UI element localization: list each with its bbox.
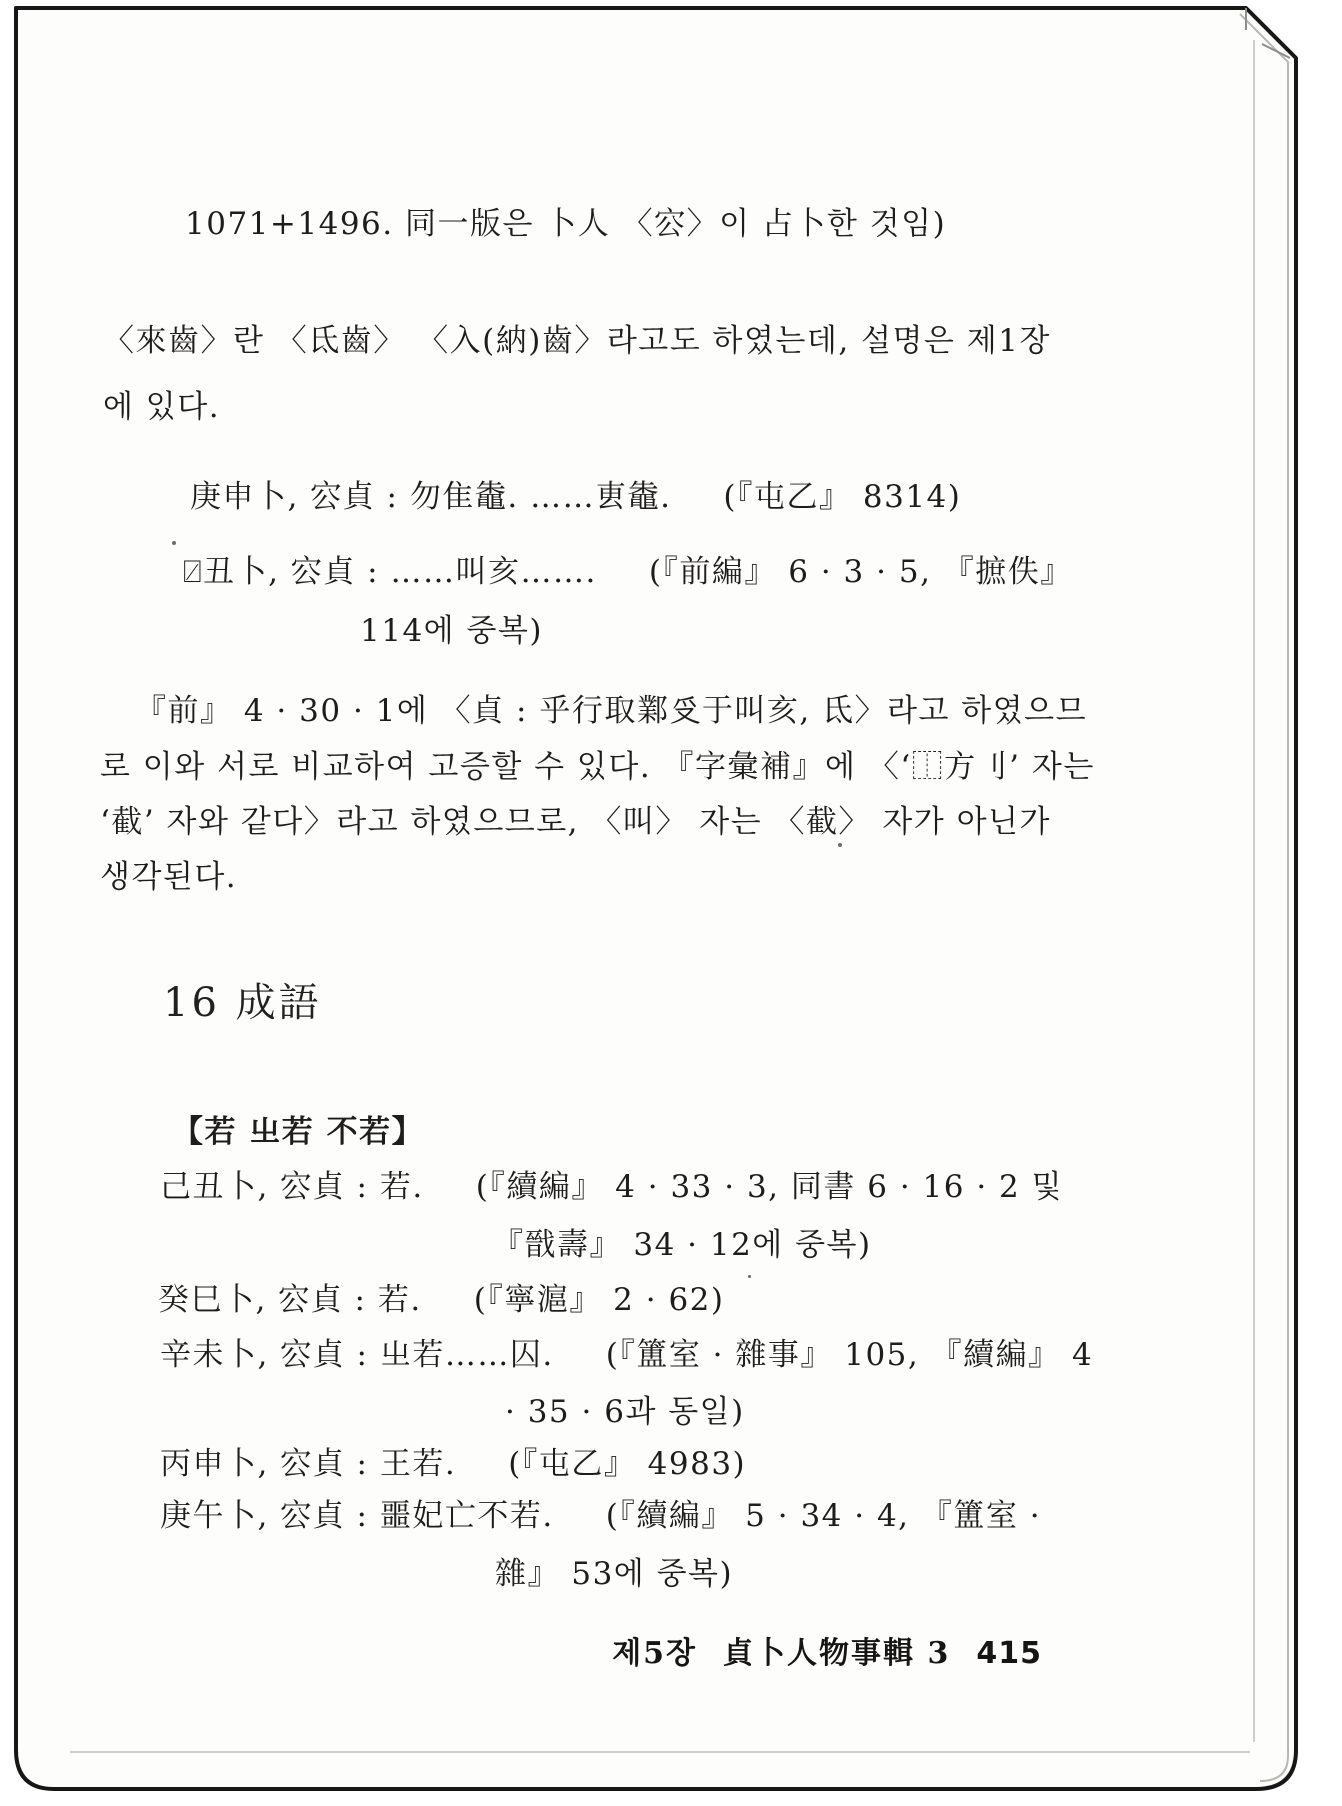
- oracle-entry-row: 庚午卜, 㝐貞 : 噩妃亡不若. (『續編』 5 · 34 · 4, 『簠室 ·: [160, 1497, 1041, 1536]
- entry-citation: (『續編』 5 · 34 · 4, 『簠室 ·: [606, 1497, 1041, 1536]
- oracle-entry-row: 己丑卜, 㝐貞 : 若. (『續編』 4 · 33 · 3, 同書 6 · 16…: [160, 1168, 1063, 1207]
- header-note-line: 1071+1496. 同一版은 卜人 〈㝐〉이 占卜한 것임): [185, 205, 946, 244]
- footer-chapter-label: 제5장: [612, 1628, 697, 1672]
- page-footer: 제5장 貞卜人物事輯 3 415: [612, 1628, 1042, 1672]
- commentary-line: ‘截’ 자와 같다〉라고 하였으므로, 〈叫〉 자는 〈截〉 자가 아닌가: [100, 803, 1051, 842]
- entry-citation-continuation: 114에 중복): [360, 612, 543, 651]
- entry-citation: (『簠室 · 雜事』 105, 『續編』 4: [606, 1336, 1093, 1375]
- entry-main-text: 己丑卜, 㝐貞 : 若.: [160, 1168, 424, 1207]
- oracle-entry-row: 庚申卜, 㝐貞 : 勿隹鼄. ……叀鼄. (『屯乙』 8314): [190, 478, 961, 517]
- oracle-entry-row: 丙申卜, 㝐貞 : 王若. (『屯乙』 4983): [160, 1445, 746, 1484]
- entry-citation: (『屯乙』 8314): [723, 478, 961, 517]
- scan-noise-dot: [838, 843, 842, 847]
- entry-citation-continuation: · 35 · 6과 동일): [505, 1393, 745, 1432]
- section-heading: 16 成語: [163, 978, 322, 1028]
- scan-noise-dot: [172, 541, 176, 545]
- footer-book-title: 貞卜人物事輯 3: [723, 1628, 950, 1672]
- oracle-entry-row: 癸巳卜, 㝐貞 : 若. (『寧滬』 2 · 62): [158, 1281, 725, 1320]
- intro-line: 〈來齒〉란 〈氐齒〉 〈入(納)齒〉라고도 하였는데, 설명은 제1장: [103, 322, 1051, 361]
- entry-citation: (『前編』 6 · 3 · 5, 『摭佚』: [649, 553, 1073, 592]
- entry-main-text: 辛未卜, 㝐貞 : 㞢若……囚.: [160, 1336, 554, 1375]
- entry-main-text: 丙申卜, 㝐貞 : 王若.: [160, 1445, 456, 1484]
- scan-noise-dot: [748, 1275, 751, 1278]
- entry-citation: (『屯乙』 4983): [508, 1445, 746, 1484]
- commentary-line: 로 이와 서로 비교하여 고증할 수 있다. 『字彙補』에 〈‘⿰方刂’ 자는: [100, 748, 1095, 787]
- commentary-line: 생각된다.: [100, 858, 237, 897]
- entry-citation-continuation: 『戩壽』 34 · 12에 중복): [492, 1226, 872, 1265]
- scanned-book-page: 1071+1496. 同一版은 卜人 〈㝐〉이 占卜한 것임) 〈來齒〉란 〈氐…: [0, 0, 1342, 1806]
- intro-line: 에 있다.: [103, 388, 220, 427]
- entry-main-text: 庚申卜, 㝐貞 : 勿隹鼄. ……叀鼄.: [190, 478, 671, 517]
- entry-citation: (『寧滬』 2 · 62): [474, 1281, 725, 1320]
- oracle-entry-row: 辛未卜, 㝐貞 : 㞢若……囚. (『簠室 · 雜事』 105, 『續編』 4: [160, 1336, 1093, 1375]
- commentary-line: 『前』 4 · 30 · 1에 〈貞 : 乎行取鄴𠬪于叫亥, 氐〉라고 하였으므: [135, 692, 1087, 731]
- subsection-heading: 【若 㞢若 不若】: [172, 1113, 424, 1152]
- footer-page-number: 415: [976, 1636, 1042, 1671]
- entry-citation-continuation: 雜』 53에 중복): [495, 1555, 733, 1594]
- entry-citation: (『續編』 4 · 33 · 3, 同書 6 · 16 · 2 및: [476, 1168, 1063, 1207]
- entry-main-text: 癸巳卜, 㝐貞 : 若.: [158, 1281, 422, 1320]
- oracle-entry-row: ⍁丑卜, 㝐貞 : ……叫亥……. (『前編』 6 · 3 · 5, 『摭佚』: [183, 553, 1073, 592]
- entry-main-text: 庚午卜, 㝐貞 : 噩妃亡不若.: [160, 1497, 554, 1536]
- entry-main-text: ⍁丑卜, 㝐貞 : ……叫亥…….: [183, 553, 597, 592]
